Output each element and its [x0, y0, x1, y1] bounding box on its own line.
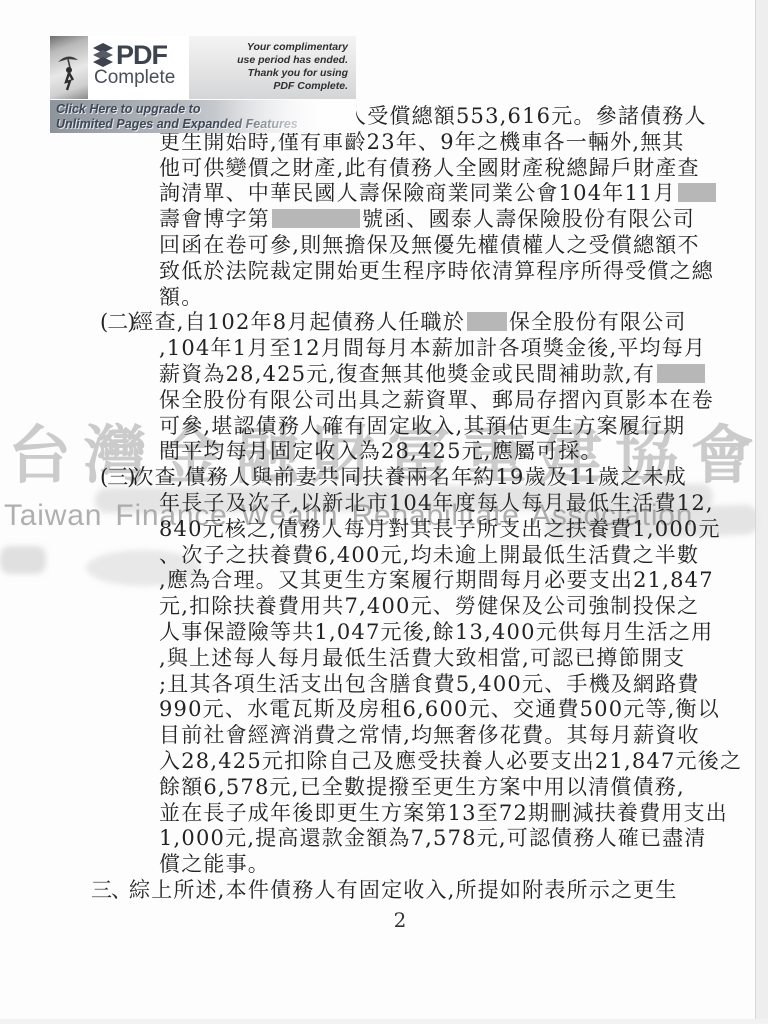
document-line: 並在長子成年後即更生方案第13至72期刪減扶養費用支出 [0, 801, 768, 827]
text-segment: 元,扣除扶養費用共7,400元、勞健保及公司強制投保之 [159, 594, 699, 618]
text-segment: 經查,自102年8月起債務人任職於 [132, 310, 465, 334]
text-segment: 人受償總額553,616元。參諸債務人 [345, 104, 707, 128]
document-line: 回函在卷可參,則無擔保及無優先權債權人之受償總額不 [0, 233, 768, 259]
message-line: PDF Complete. [189, 80, 348, 93]
document-line: ,應為合理。又其更生方案履行期間每月必要支出21,847 [0, 568, 768, 594]
text-segment: 間平均每月固定收入為28,425元,應屬可採。 [159, 439, 603, 463]
document-line: 三、綜上所述,本件債務人有固定收入,所提如附表所示之更生 [0, 878, 768, 904]
text-segment: 號函、國泰人壽保險股份有限公司 [362, 207, 695, 231]
document-line: 薪資為28,425元,復查無其他獎金或民間補助款,有 [0, 362, 768, 388]
text-segment: ,應為合理。又其更生方案履行期間每月必要支出21,847 [159, 568, 714, 592]
scan-edge-right [755, 0, 768, 1024]
text-segment: 目前社會經濟消費之常情,均無奢侈花費。其每月薪資收 [159, 723, 700, 747]
text-segment: ,與上述每人每月最低生活費大致相當,可認已撙節開支 [159, 646, 685, 670]
text-segment: 入28,425元扣除自己及應受扶養人必要支出21,847元後之 [159, 749, 742, 773]
text-segment: 保全股份有限公司 [509, 310, 687, 334]
pdf-complete-logo: PDF Complete [88, 36, 189, 99]
upgrade-line-1: Click Here to upgrade to [56, 102, 356, 117]
text-segment: 、次子之扶養費6,400元,均未逾上開最低生活費之半數 [159, 543, 699, 567]
text-segment: 人事保證險等共1,047元後,餘13,400元供每月生活之用 [159, 620, 713, 644]
text-segment: 致低於法院裁定開始更生程序時依清算程序所得受償之總 [159, 259, 714, 283]
document-line: 更生開始時,僅有車齡23年、9年之機車各一輛外,無其 [0, 130, 768, 156]
umbrella-figure-photo [50, 36, 88, 99]
document-line: 可參,堪認債務人確有固定收入,其預估更生方案履行期 [0, 414, 768, 440]
document-line: 元,扣除扶養費用共7,400元、勞健保及公司強制投保之 [0, 594, 768, 620]
text-segment: 綜上所述,本件債務人有固定收入,所提如附表所示之更生 [129, 878, 678, 902]
document-line: 目前社會經濟消費之常情,均無奢侈花費。其每月薪資收 [0, 723, 768, 749]
document-line: (三)次查,債務人與前妻共同扶養兩名年約19歲及11歲之未成 [0, 465, 768, 491]
document-line: 致低於法院裁定開始更生程序時依清算程序所得受償之總 [0, 259, 768, 285]
message-line: Your complimentary [189, 41, 348, 54]
logo-pdf-text: PDF [116, 42, 167, 68]
text-segment: 償之能事。 [159, 852, 270, 876]
document-line: 1,000元,提高還款金額為7,578元,可認債務人確已盡清 [0, 826, 768, 852]
trial-ended-message: Your complimentary use period has ended.… [189, 36, 356, 99]
document-lines: 人受償總額553,616元。參諸債務人更生開始時,僅有車齡23年、9年之機車各一… [0, 104, 768, 904]
text-segment: 可參,堪認債務人確有固定收入,其預估更生方案履行期 [159, 414, 685, 438]
text-segment: ,104年1月至12月間每月本薪加計各項獎金後,平均每月 [159, 336, 706, 360]
redaction-box [467, 312, 507, 331]
text-segment: 990元、水電瓦斯及房租6,600元、交通費500元等,衡以 [159, 697, 720, 721]
document-line: ,104年1月至12月間每月本薪加計各項獎金後,平均每月 [0, 336, 768, 362]
document-line: 詢清單、中華民國人壽保險商業同業公會104年11月 [0, 181, 768, 207]
redaction-box [272, 209, 360, 228]
document-line: 償之能事。 [0, 852, 768, 878]
redaction-box [657, 364, 705, 383]
document-line: 間平均每月固定收入為28,425元,應屬可採。 [0, 439, 768, 465]
text-segment: 年長子及次子,以新北市104年度每人每月最低生活費12, [159, 491, 714, 515]
scanned-document-page: 台灣金融財富重建協會 Taiwan Finance Wealth Rehabil… [0, 0, 768, 1024]
list-marker: 三、 [91, 878, 131, 902]
message-line: Thank you for using [189, 67, 348, 80]
document-line: 、次子之扶養費6,400元,均未逾上開最低生活費之半數 [0, 543, 768, 569]
text-segment: 840元核之,債務人每月對其長子所支出之扶養費1,000元 [159, 517, 721, 541]
redaction-box [678, 183, 716, 202]
text-segment: 1,000元,提高還款金額為7,578元,可認債務人確已盡清 [159, 826, 707, 850]
text-segment: 保全股份有限公司出具之薪資單、郵局存摺內頁影本在卷 [159, 388, 714, 412]
layers-icon [92, 43, 114, 70]
document-line: 年長子及次子,以新北市104年度每人每月最低生活費12, [0, 491, 768, 517]
document-line: 保全股份有限公司出具之薪資單、郵局存摺內頁影本在卷 [0, 388, 768, 414]
scan-edge-bottom [0, 1019, 768, 1024]
text-segment: 次查,債務人與前妻共同扶養兩名年約19歲及11歲之未成 [132, 465, 687, 489]
document-line: ,與上述每人每月最低生活費大致相當,可認已撙節開支 [0, 646, 768, 672]
document-line: (二)經查,自102年8月起債務人任職於保全股份有限公司 [0, 310, 768, 336]
message-line: use period has ended. [189, 54, 348, 67]
text-segment: 壽會博字第 [159, 207, 270, 231]
pdf-complete-banner[interactable]: PDF Complete Your complimentary use peri… [50, 36, 356, 133]
document-line: 入28,425元扣除自己及應受扶養人必要支出21,847元後之 [0, 749, 768, 775]
page-number: 2 [0, 908, 768, 932]
text-segment: 額。 [159, 285, 203, 309]
text-segment: 並在長子成年後即更生方案第13至72期刪減扶養費用支出 [159, 801, 728, 825]
logo-complete-text: Complete [94, 68, 189, 88]
document-line: ;且其各項生活支出包含膳食費5,400元、手機及網路費 [0, 672, 768, 698]
document-line: 額。 [0, 285, 768, 311]
list-marker: (二) [100, 310, 134, 334]
upgrade-line-2: Unlimited Pages and Expanded Features [56, 117, 356, 132]
text-segment: ;且其各項生活支出包含膳食費5,400元、手機及網路費 [159, 672, 700, 696]
text-segment: 薪資為28,425元,復查無其他獎金或民間補助款,有 [159, 362, 655, 386]
document-line: 餘額6,578元,已全數提撥至更生方案中用以清償債務, [0, 775, 768, 801]
upgrade-link[interactable]: Click Here to upgrade to Unlimited Pages… [50, 100, 356, 133]
document-line: 人事保證險等共1,047元後,餘13,400元供每月生活之用 [0, 620, 768, 646]
text-segment: 更生開始時,僅有車齡23年、9年之機車各一輛外,無其 [159, 130, 685, 154]
text-segment: 詢清單、中華民國人壽保險商業同業公會104年11月 [159, 181, 676, 205]
document-line: 990元、水電瓦斯及房租6,600元、交通費500元等,衡以 [0, 697, 768, 723]
document-line: 壽會博字第號函、國泰人壽保險股份有限公司 [0, 207, 768, 233]
document-line: 840元核之,債務人每月對其長子所支出之扶養費1,000元 [0, 517, 768, 543]
text-segment: 他可供變價之財產,此有債務人全國財產稅總歸戶財產查 [159, 156, 700, 180]
umbrella-person-icon [54, 52, 84, 92]
document-line: 他可供變價之財產,此有債務人全國財產稅總歸戶財產查 [0, 156, 768, 182]
text-segment: 回函在卷可參,則無擔保及無優先權債權人之受償總額不 [159, 233, 700, 257]
list-marker: (三) [100, 465, 134, 489]
text-segment: 餘額6,578元,已全數提撥至更生方案中用以清償債務, [159, 775, 685, 799]
